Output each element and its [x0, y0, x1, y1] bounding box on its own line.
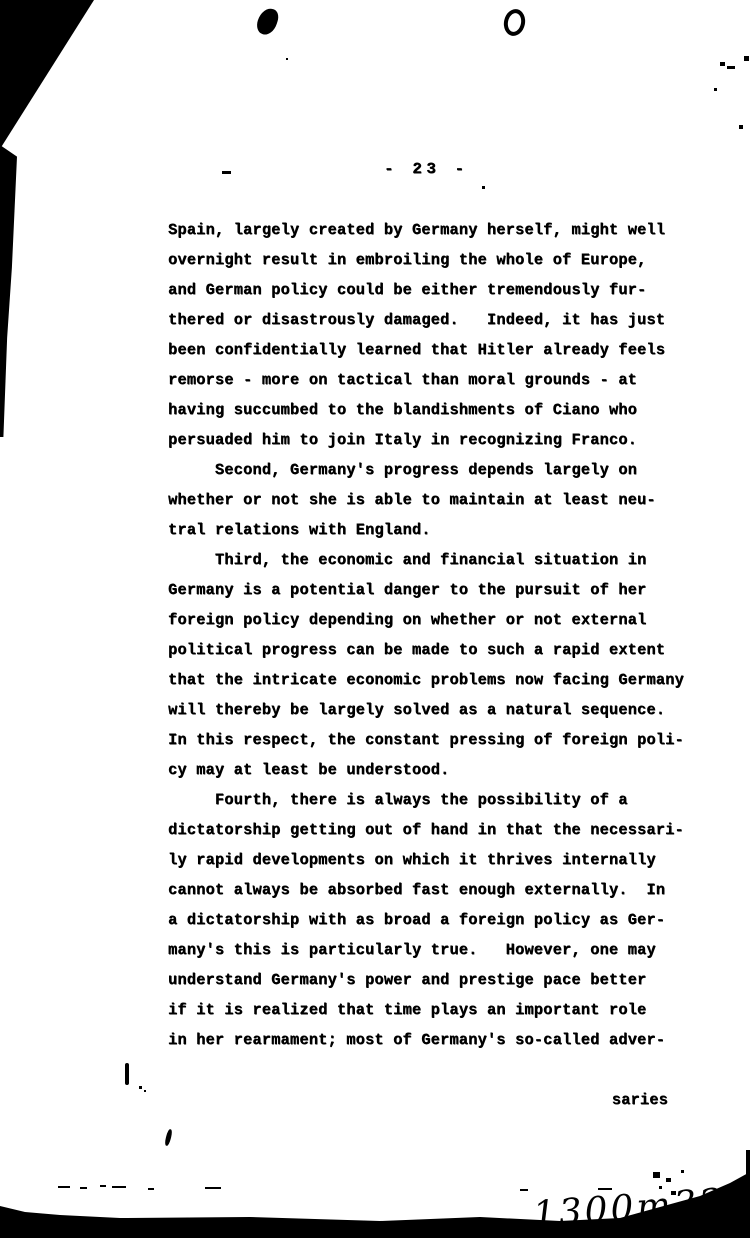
- text-line: that the intricate economic problems now…: [168, 665, 668, 695]
- text-line: In this respect, the constant pressing o…: [168, 725, 668, 755]
- text-line: dictatorship getting out of hand in that…: [168, 815, 668, 845]
- text-line: Third, the economic and financial situat…: [168, 545, 668, 575]
- scan-speck: [681, 1170, 684, 1173]
- scan-speck: [482, 186, 485, 189]
- scan-artifact-corner: [0, 0, 94, 149]
- text-line: if it is realized that time plays an imp…: [168, 995, 668, 1025]
- text-line: thered or disastrously damaged. Indeed, …: [168, 305, 668, 335]
- stray-ink-mark: [164, 1129, 173, 1147]
- ink-ring-mark: [501, 7, 527, 38]
- scan-artifact-right-edge: [746, 1150, 750, 1195]
- text-block: Spain, largely created by Germany hersel…: [168, 215, 668, 1115]
- scan-speck: [714, 88, 717, 91]
- text-line: Fourth, there is always the possibility …: [168, 785, 668, 815]
- text-line: whether or not she is able to maintain a…: [168, 485, 668, 515]
- scan-artifact-left-edge: [0, 145, 17, 437]
- scan-speck: [148, 1188, 154, 1190]
- text-line: political progress can be made to such a…: [168, 635, 668, 665]
- scan-speck: [286, 58, 288, 60]
- text-line: ly rapid developments on which it thrive…: [168, 845, 668, 875]
- text-line: overnight result in embroiling the whole…: [168, 245, 668, 275]
- text-line: understand Germany's power and prestige …: [168, 965, 668, 995]
- text-line: and German policy could be either tremen…: [168, 275, 668, 305]
- scan-speck: [744, 56, 749, 61]
- text-line: many's this is particularly true. Howeve…: [168, 935, 668, 965]
- scan-speck: [222, 171, 231, 174]
- scan-speck: [653, 1172, 660, 1178]
- text-line: remorse - more on tactical than moral gr…: [168, 365, 668, 395]
- scan-speck: [58, 1186, 70, 1188]
- scan-speck: [80, 1187, 87, 1189]
- scan-speck: [144, 1090, 146, 1092]
- scan-speck: [720, 62, 725, 66]
- text-line: will thereby be largely solved as a natu…: [168, 695, 668, 725]
- scan-speck: [520, 1189, 528, 1191]
- text-line: having succumbed to the blandishments of…: [168, 395, 668, 425]
- stray-ink-mark: [125, 1063, 129, 1085]
- document-page: - 23 - Spain, largely created by Germany…: [0, 0, 750, 1238]
- scan-speck: [727, 66, 735, 69]
- text-line: Spain, largely created by Germany hersel…: [168, 215, 668, 245]
- page-number: - 23 -: [384, 160, 469, 178]
- text-line: a dictatorship with as broad a foreign p…: [168, 905, 668, 935]
- text-line: in her rearmament; most of Germany's so-…: [168, 1025, 668, 1055]
- text-line: persuaded him to join Italy in recognizi…: [168, 425, 668, 455]
- ink-blob-mark: [254, 6, 280, 38]
- text-line: [168, 1055, 668, 1085]
- scan-speck: [666, 1178, 671, 1182]
- text-line: Second, Germany's progress depends large…: [168, 455, 668, 485]
- scan-speck: [205, 1187, 221, 1189]
- text-line: been confidentially learned that Hitler …: [168, 335, 668, 365]
- text-line: foreign policy depending on whether or n…: [168, 605, 668, 635]
- text-line: tral relations with England.: [168, 515, 668, 545]
- text-line: cannot always be absorbed fast enough ex…: [168, 875, 668, 905]
- text-line: cy may at least be understood.: [168, 755, 668, 785]
- scan-speck: [739, 125, 743, 129]
- scan-speck: [112, 1186, 126, 1188]
- scan-speck: [139, 1086, 142, 1089]
- scan-speck: [100, 1185, 106, 1187]
- text-line: saries: [168, 1085, 668, 1115]
- text-line: Germany is a potential danger to the pur…: [168, 575, 668, 605]
